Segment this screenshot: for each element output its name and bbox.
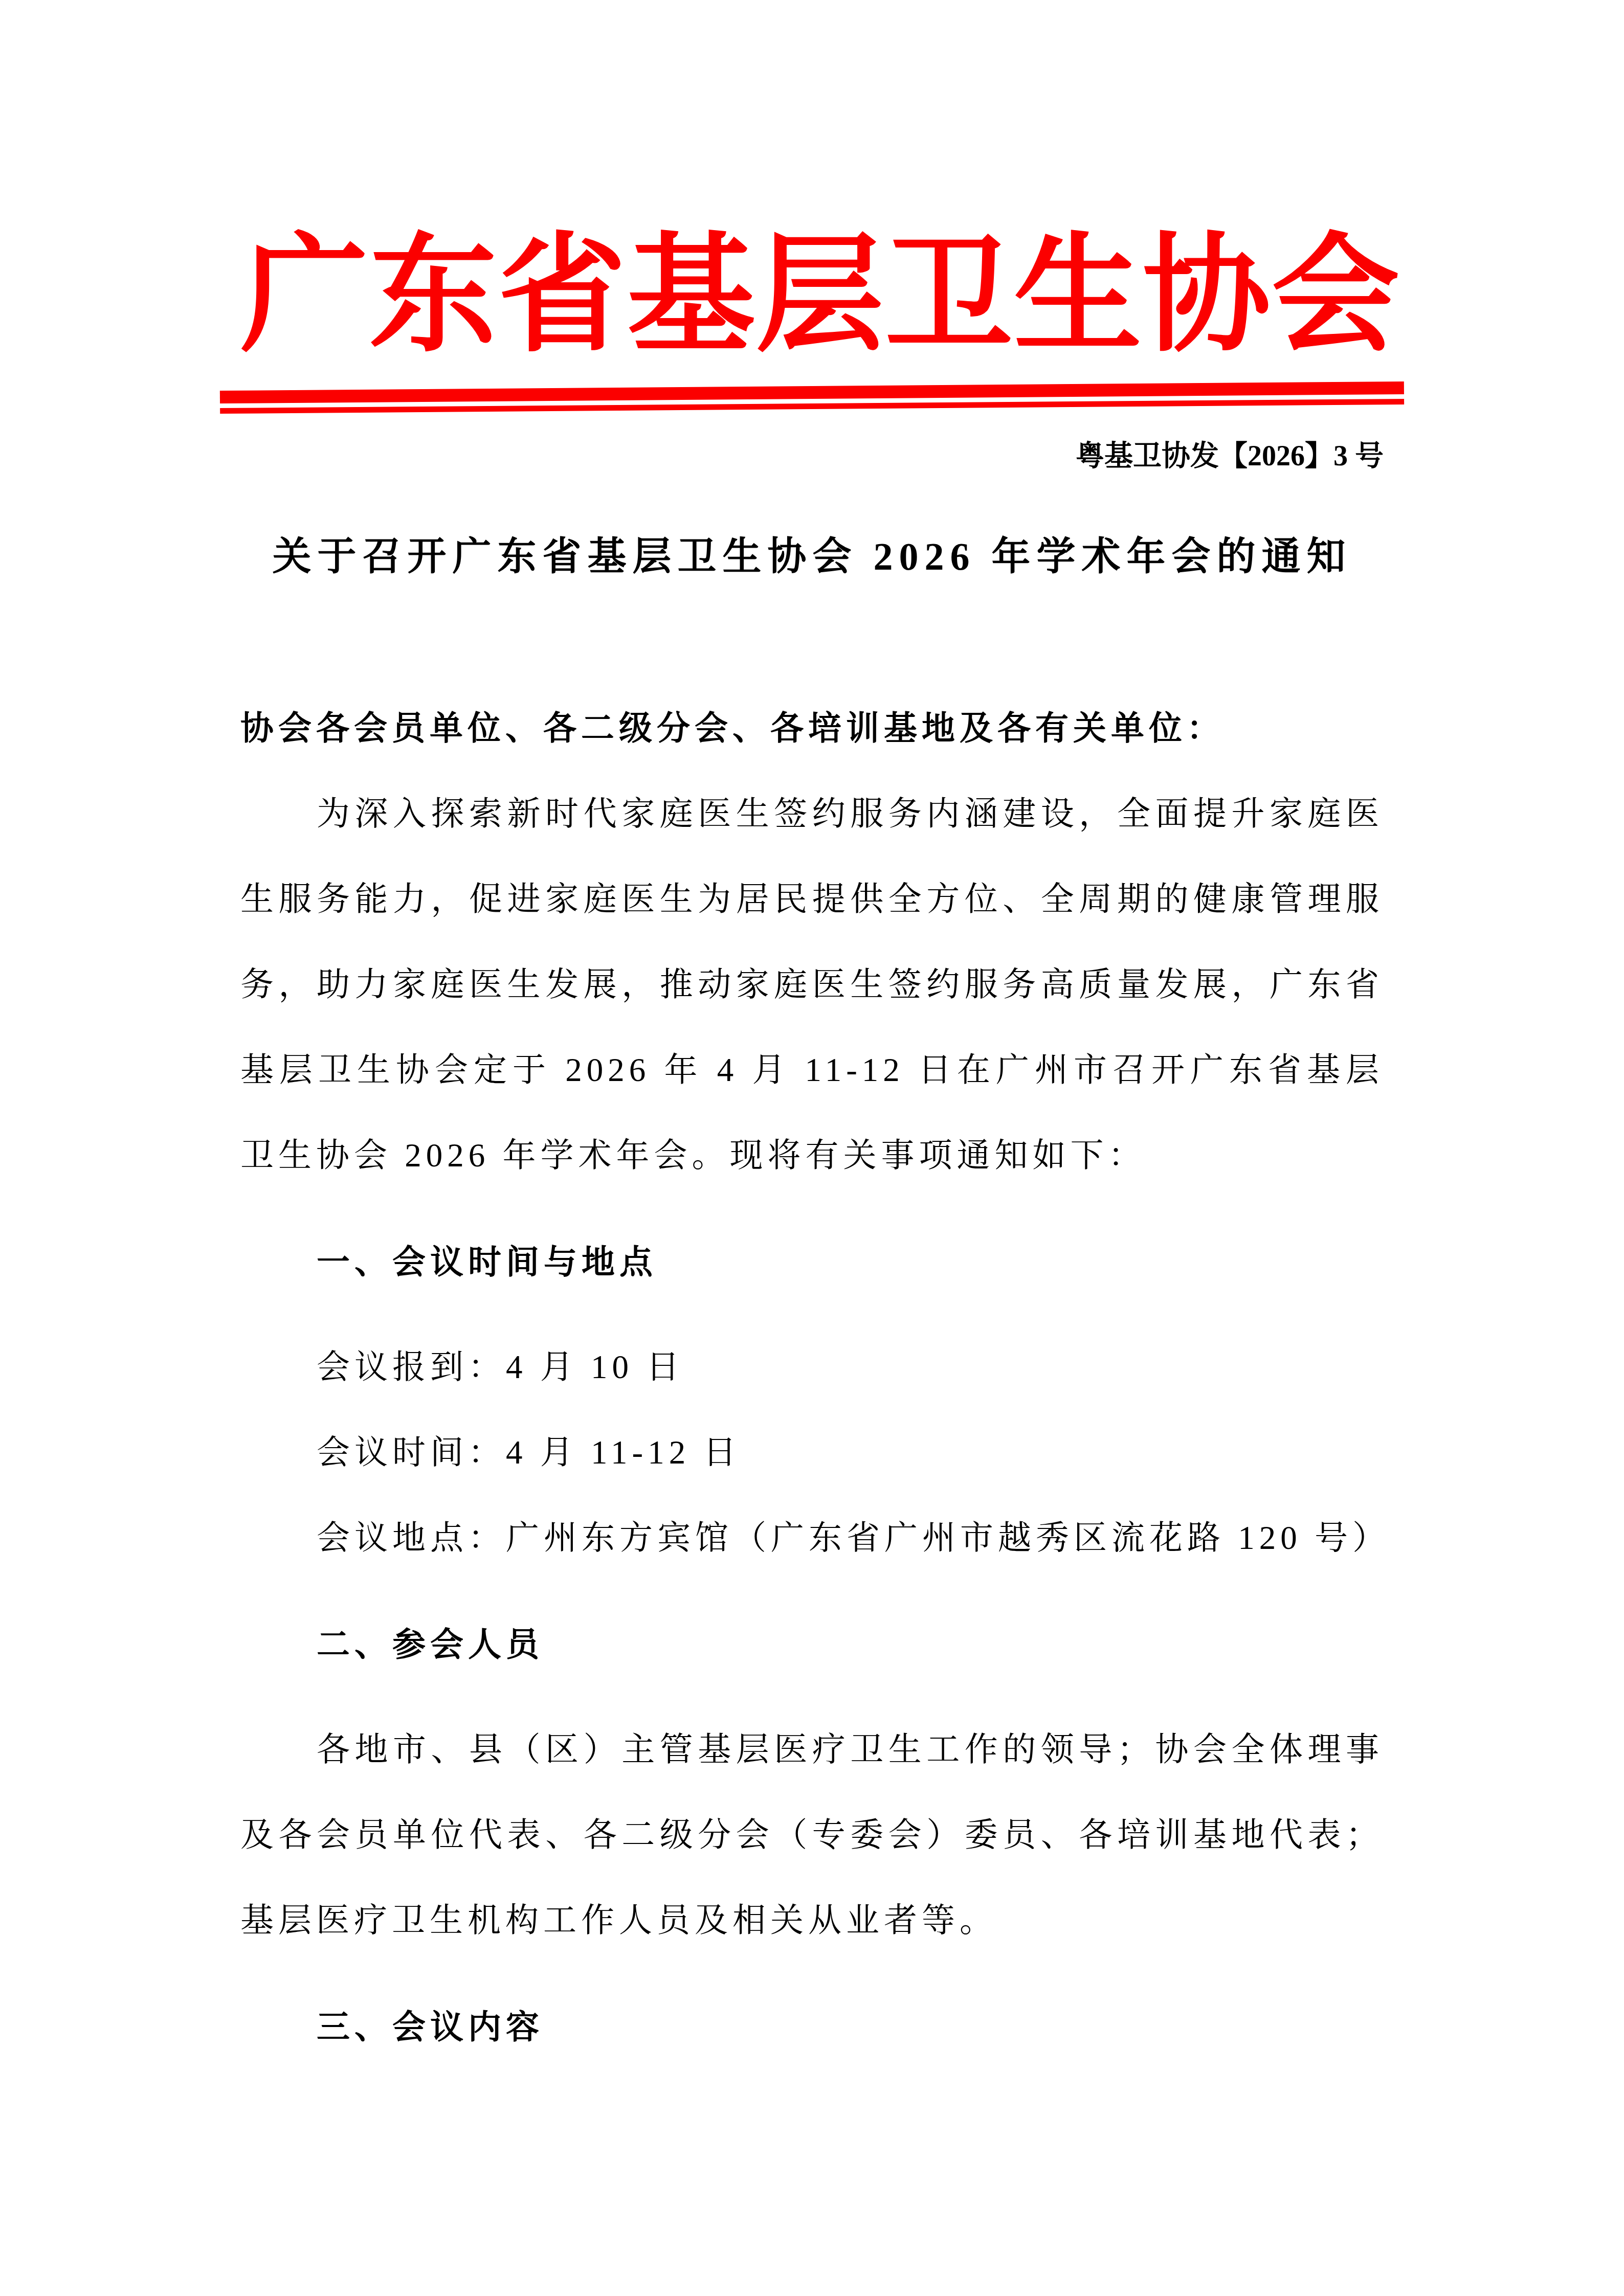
section-2-heading: 二、参会人员 [240,1602,1384,1687]
section-1-time-line: 会议时间：4 月 11-12 日 [240,1410,1384,1496]
intro-paragraph: 为深入探索新时代家庭医生签约服务内涵建设，全面提升家庭医生服务能力，促进家庭医生… [240,772,1384,1199]
section-1-heading: 一、会议时间与地点 [240,1219,1384,1304]
section-1-venue-line: 会议地点：广州东方宾馆（广东省广州市越秀区流花路 120 号） [240,1496,1384,1581]
document-page: 广东省基层卫生协会 粤基卫协发【2026】3 号 关于召开广东省基层卫生协会 2… [0,0,1624,2296]
letterhead: 广东省基层卫生协会 [240,0,1384,409]
doc-title: 关于召开广东省基层卫生协会 2026 年学术年会的通知 [240,535,1384,579]
doc-number: 粤基卫协发【2026】3 号 [240,439,1384,474]
salutation: 协会各会员单位、各二级分会、各培训基地及各有关单位： [240,686,1384,772]
letterhead-divider [220,381,1404,414]
section-3-heading: 三、会议内容 [240,1984,1384,2069]
letterhead-org-name: 广东省基层卫生协会 [240,0,1384,361]
section-1-checkin-line: 会议报到：4 月 10 日 [240,1325,1384,1410]
section-2-paragraph: 各地市、县（区）主管基层医疗卫生工作的领导；协会全体理事及各会员单位代表、各二级… [240,1707,1384,1964]
